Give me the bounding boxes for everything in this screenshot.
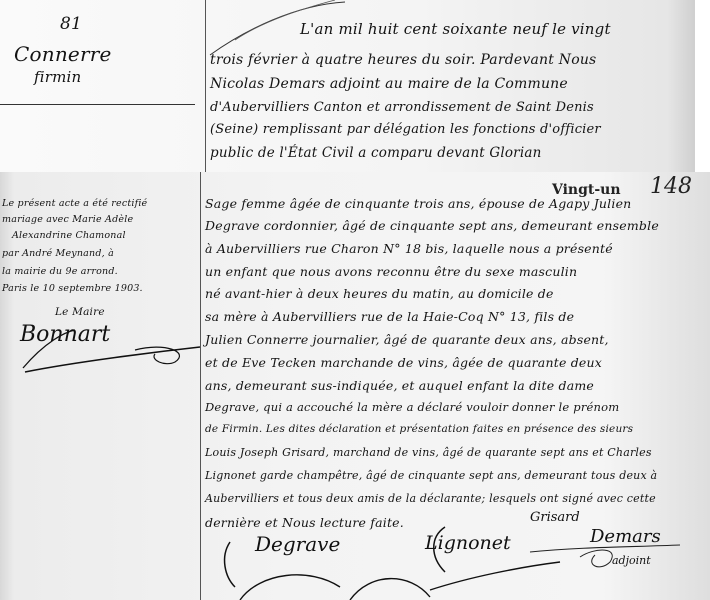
margin-note-line: par André Meynand, à [2,248,114,259]
body-line: sa mère à Aubervilliers rue de la Haie-C… [205,309,574,324]
body-line: Louis Joseph Grisard, marchand de vins, … [205,446,652,459]
bottom-page: Vingt-un 148 Le présent acte a été recti… [0,172,710,600]
right-gutter [695,0,710,172]
body-line: dernière et Nous lecture faite. [205,515,404,530]
record-number: 81 [60,14,82,34]
body-line: un enfant que nous avons reconnu être du… [205,264,577,279]
signature-degrave: Degrave [255,532,340,556]
margin-note-line: la mairie du 9e arrond. [2,266,118,277]
folio-number: 148 [650,174,692,199]
entry-line: trois février à quatre heures du soir. P… [210,52,596,68]
body-line: Degrave cordonnier, âgé de cinquante sep… [205,218,659,233]
body-line: Degrave, qui a accouché la mère a déclar… [205,400,619,414]
top-page: 81 Connerre firmin L'an mil huit cent so… [0,0,695,172]
body-line: ans, demeurant sus-indiquée, et auquel e… [205,378,594,393]
margin-rule [200,172,201,600]
signature-demars-title: adjoint [612,554,651,567]
body-line: Julien Connerre journalier, âgé de quara… [205,332,609,347]
margin-signature: Bonnart [20,322,110,347]
body-line: de Firmin. Les dites déclaration et prés… [205,423,633,435]
margin-rule [205,0,206,172]
margin-note-line: Le Maire [55,306,105,318]
signature-demars: Demars [590,526,661,547]
body-line: et de Eve Tecken marchande de vins, âgée… [205,355,602,370]
body-line: Aubervilliers et tous deux amis de la dé… [205,492,656,505]
margin-separator [0,104,195,105]
entry-line: d'Aubervilliers Canton et arrondissement… [210,100,594,115]
entry-line: public de l'État Civil a comparu devant … [210,145,541,161]
body-line: Sage femme âgée de cinquante trois ans, … [205,196,631,211]
body-line: né avant-hier à deux heures du matin, au… [205,286,554,301]
margin-note-line: Le présent acte a été rectifié [2,198,147,209]
margin-note-line: mariage avec Marie Adèle [2,214,133,225]
entry-line: L'an mil huit cent soixante neuf le ving… [300,20,611,38]
signature-lignonet: Lignonet [425,532,511,554]
margin-surname: Connerre [14,42,112,66]
margin-given-name: firmin [34,68,81,86]
margin-note-line: Paris le 10 septembre 1903. [2,283,143,294]
margin-note-line: Alexandrine Chamonal [12,230,126,241]
body-line: Lignonet garde champêtre, âgé de cinquan… [205,469,657,482]
body-line: à Aubervilliers rue Charon N° 18 bis, la… [205,241,613,256]
signature-grisard: Grisard [530,510,580,525]
entry-line: (Seine) remplissant par délégation les f… [210,122,601,137]
entry-line: Nicolas Demars adjoint au maire de la Co… [210,76,568,92]
